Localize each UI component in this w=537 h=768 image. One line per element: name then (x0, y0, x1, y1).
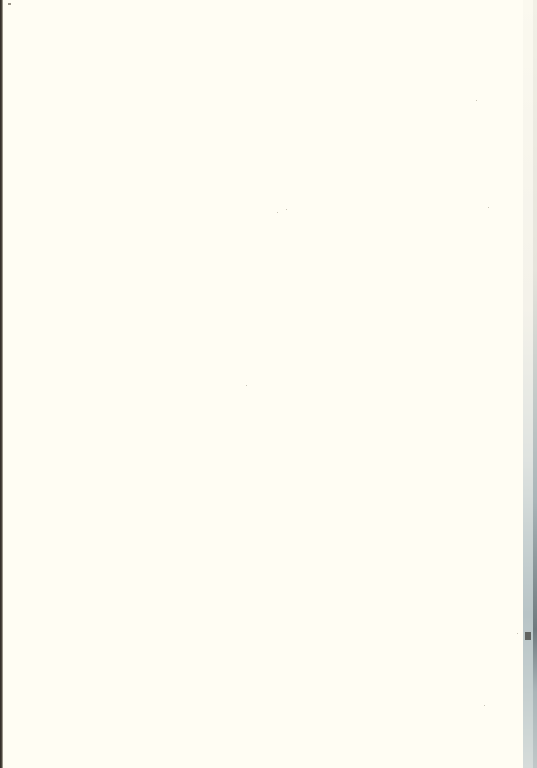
corner-speck (8, 3, 11, 5)
dust-speck (488, 207, 489, 208)
scanned-page (0, 0, 537, 768)
dust-speck (476, 100, 477, 101)
page-left-edge-shadow (0, 0, 3, 768)
dust-speck (286, 209, 287, 210)
page-body (40, 40, 497, 728)
dust-speck (246, 385, 247, 386)
dust-speck (484, 705, 485, 706)
adjacent-page-edge-shade (533, 0, 537, 768)
dust-speck (277, 212, 278, 213)
dust-speck (517, 633, 518, 634)
edge-mark (525, 632, 531, 640)
